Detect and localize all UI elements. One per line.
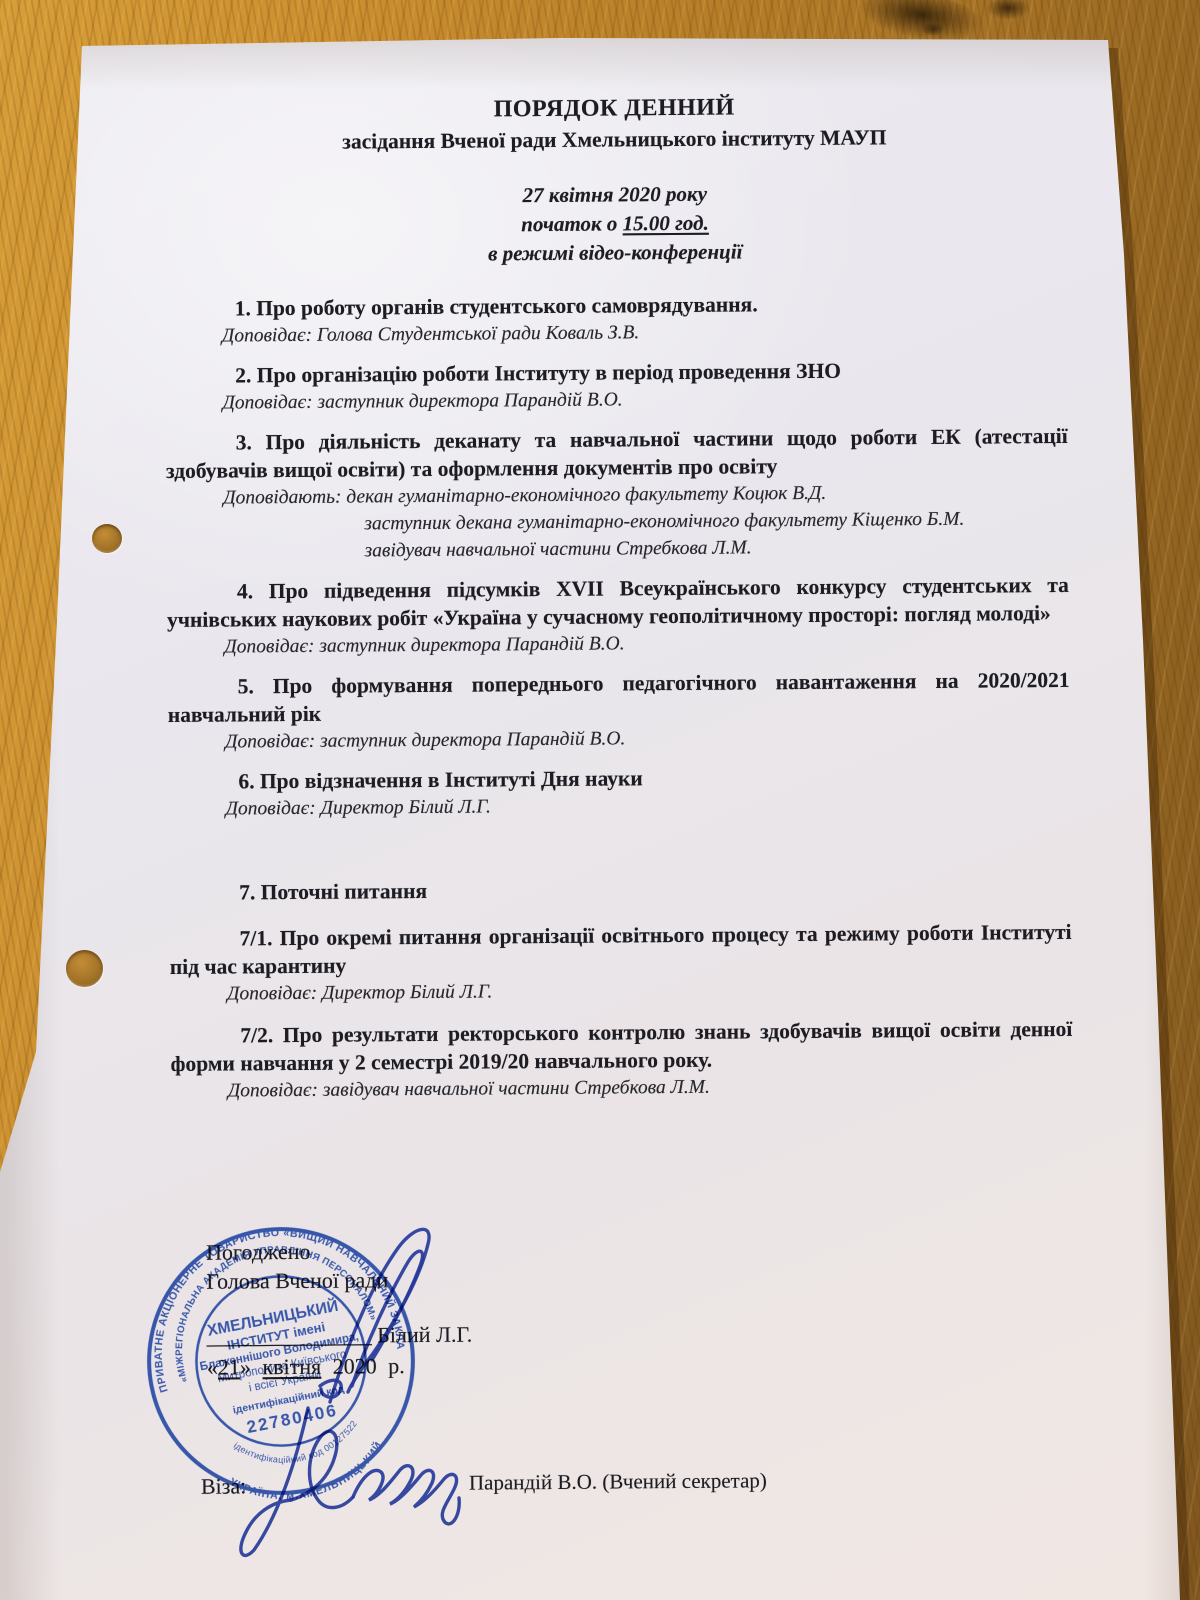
agenda-item-4: 4. Про підведення підсумків XVII Всеукра… [167, 571, 1070, 661]
agenda-item-title: 3. Про діяльність деканату та навчальної… [166, 422, 1068, 485]
session-info-block: 27 квітня 2020 року початок о 15.00 год.… [164, 177, 1067, 271]
round-seal-stamp: ПРИВАТНЕ АКЦІОНЕРНЕ ТОВАРИСТВО «ВИЩИЙ НА… [104, 1184, 458, 1538]
agenda-item-7-2: 7/2. Про результати ректорського контрол… [170, 1015, 1073, 1105]
agenda-item-6: 6. Про відзначення в Інституті Дня науки… [168, 761, 1070, 823]
document-body: ПОРЯДОК ДЕННИЙ засідання Вченої ради Хме… [163, 89, 1073, 1105]
agenda-item-7: 7. Поточні питання [169, 872, 1071, 907]
wood-stain-mark [986, 0, 1030, 20]
reporter-line: Доповідає: Директор Білий Л.Г. [225, 789, 1070, 823]
punch-hole-bottom [66, 950, 103, 987]
agenda-item-title: 7/1. Про окремі питання організації осві… [170, 918, 1072, 981]
reporter-line: Доповідає: Директор Білий Л.Г. [227, 974, 1072, 1008]
reporter-line: завідувач навчальної частини Стребкова Л… [364, 532, 1068, 565]
punch-hole-top [92, 524, 122, 553]
reporter-line: Доповідає: заступник директора Парандій … [225, 722, 1070, 756]
agenda-item-title: 5. Про формування попереднього педагогіч… [168, 666, 1070, 729]
visa-secretary-name: Парандій В.О. (Вчений секретар) [469, 1468, 767, 1495]
agenda-item-title: 4. Про підведення підсумків XVII Всеукра… [167, 571, 1069, 634]
reporter-line: Доповідає: заступник директора Парандій … [224, 627, 1069, 661]
reporter-line: заступник декана гуманітарно-економічног… [364, 505, 1068, 538]
document-subtitle: засідання Вченої ради Хмельницького інст… [163, 121, 1065, 158]
reporter-line: Доповідає: заступник директора Парандій … [222, 383, 1067, 417]
photo-of-document: ПОРЯДОК ДЕННИЙ засідання Вченої ради Хме… [0, 0, 1200, 1600]
agenda-item-3: 3. Про діяльність деканату та навчальної… [166, 422, 1069, 566]
session-mode: в режимі відео-конференції [164, 235, 1066, 271]
agenda-item-title: 7. Поточні питання [169, 872, 1071, 907]
agenda-item-7-1: 7/1. Про окремі питання організації осві… [170, 918, 1073, 1008]
agenda-item-5: 5. Про формування попереднього педагогіч… [168, 666, 1071, 756]
agenda-item-2: 2. Про організацію роботи Інституту в пе… [165, 355, 1067, 417]
wood-stain-mark [922, 22, 944, 36]
reporter-line: Доповідає: Голова Студентської ради Кова… [222, 316, 1067, 350]
agenda-item-1: 1. Про роботу органів студентського само… [165, 288, 1067, 350]
agenda-item-title: 7/2. Про результати ректорського контрол… [170, 1015, 1072, 1078]
